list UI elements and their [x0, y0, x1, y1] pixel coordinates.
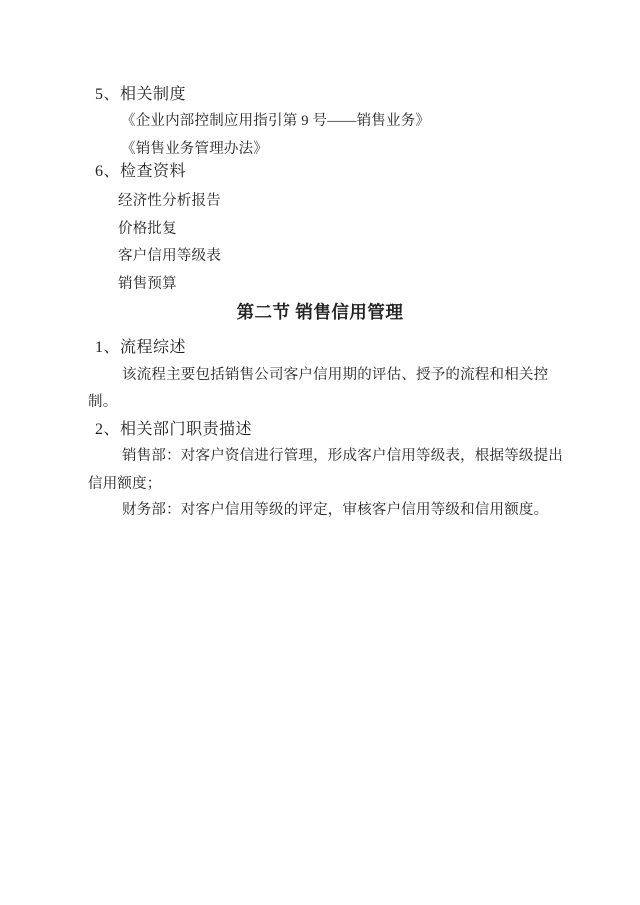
- regulation-reference-2: 《销售业务管理办法》: [121, 141, 268, 158]
- inspection-material-item-1: 经济性分析报告: [118, 193, 221, 210]
- inspection-material-item-4: 销售预算: [118, 276, 177, 293]
- sales-dept-duty-line-1: 销售部：对客户资信进行管理，形成客户信用等级表，根据等级提出: [122, 448, 563, 465]
- process-overview-line-2: 制。: [88, 394, 117, 411]
- finance-dept-duty-line-1: 财务部：对客户信用等级的评定，审核客户信用等级和信用额度。: [122, 502, 548, 519]
- process-overview-line-1: 该流程主要包括销售公司客户信用期的评估、授予的流程和相关控: [122, 367, 548, 384]
- heading-inspection-materials: 6、检查资料: [95, 163, 186, 181]
- heading-department-duties: 2、相关部门职责描述: [95, 421, 252, 439]
- sales-dept-duty-line-2: 信用额度；: [88, 476, 162, 493]
- inspection-material-item-3: 客户信用等级表: [118, 248, 221, 265]
- regulation-reference-1: 《企业内部控制应用指引第 9 号——销售业务》: [121, 113, 430, 130]
- inspection-material-item-2: 价格批复: [118, 221, 177, 238]
- heading-related-regulations: 5、相关制度: [95, 86, 186, 104]
- document-page: 5、相关制度 《企业内部控制应用指引第 9 号——销售业务》 《销售业务管理办法…: [0, 0, 640, 905]
- heading-process-overview: 1、流程综述: [95, 339, 186, 357]
- section-title: 第二节 销售信用管理: [0, 302, 640, 322]
